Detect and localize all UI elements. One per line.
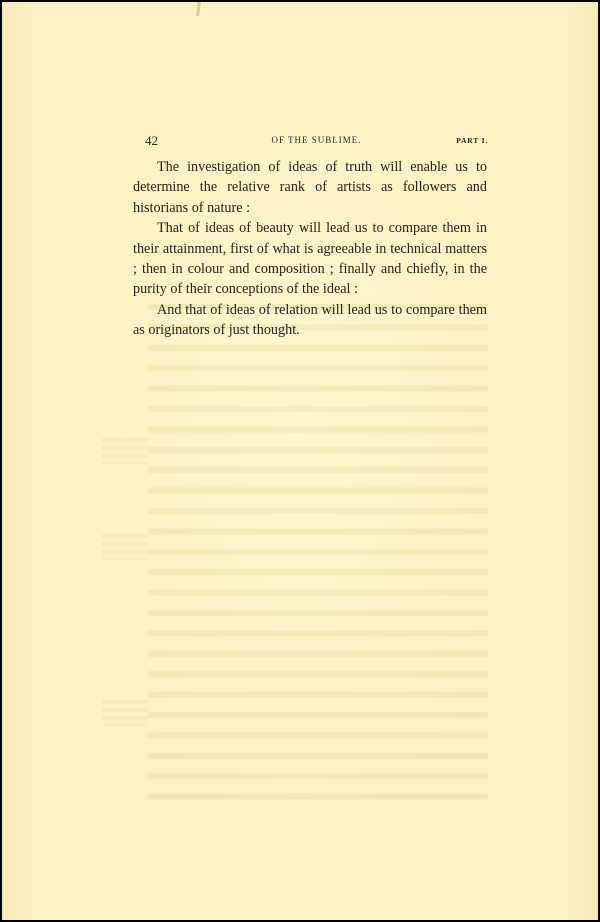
book-page: 42 OF THE SUBLIME. PART I. The investiga… bbox=[2, 2, 598, 920]
show-through-margin-note bbox=[102, 438, 148, 464]
show-through-margin-note bbox=[102, 700, 148, 726]
paragraph-beauty: That of ideas of beauty will lead us to … bbox=[133, 218, 487, 300]
body-text: The investigation of ideas of truth will… bbox=[133, 157, 487, 341]
paragraph-relation: And that of ideas of relation will lead … bbox=[133, 300, 487, 341]
part-label: PART I. bbox=[456, 136, 488, 145]
paper-smudge bbox=[196, 2, 201, 16]
paragraph-truth: The investigation of ideas of truth will… bbox=[133, 157, 487, 218]
running-head: 42 OF THE SUBLIME. PART I. bbox=[145, 134, 488, 148]
show-through-margin-note bbox=[102, 534, 148, 560]
show-through-text bbox=[148, 298, 488, 813]
running-title: OF THE SUBLIME. bbox=[145, 135, 488, 145]
